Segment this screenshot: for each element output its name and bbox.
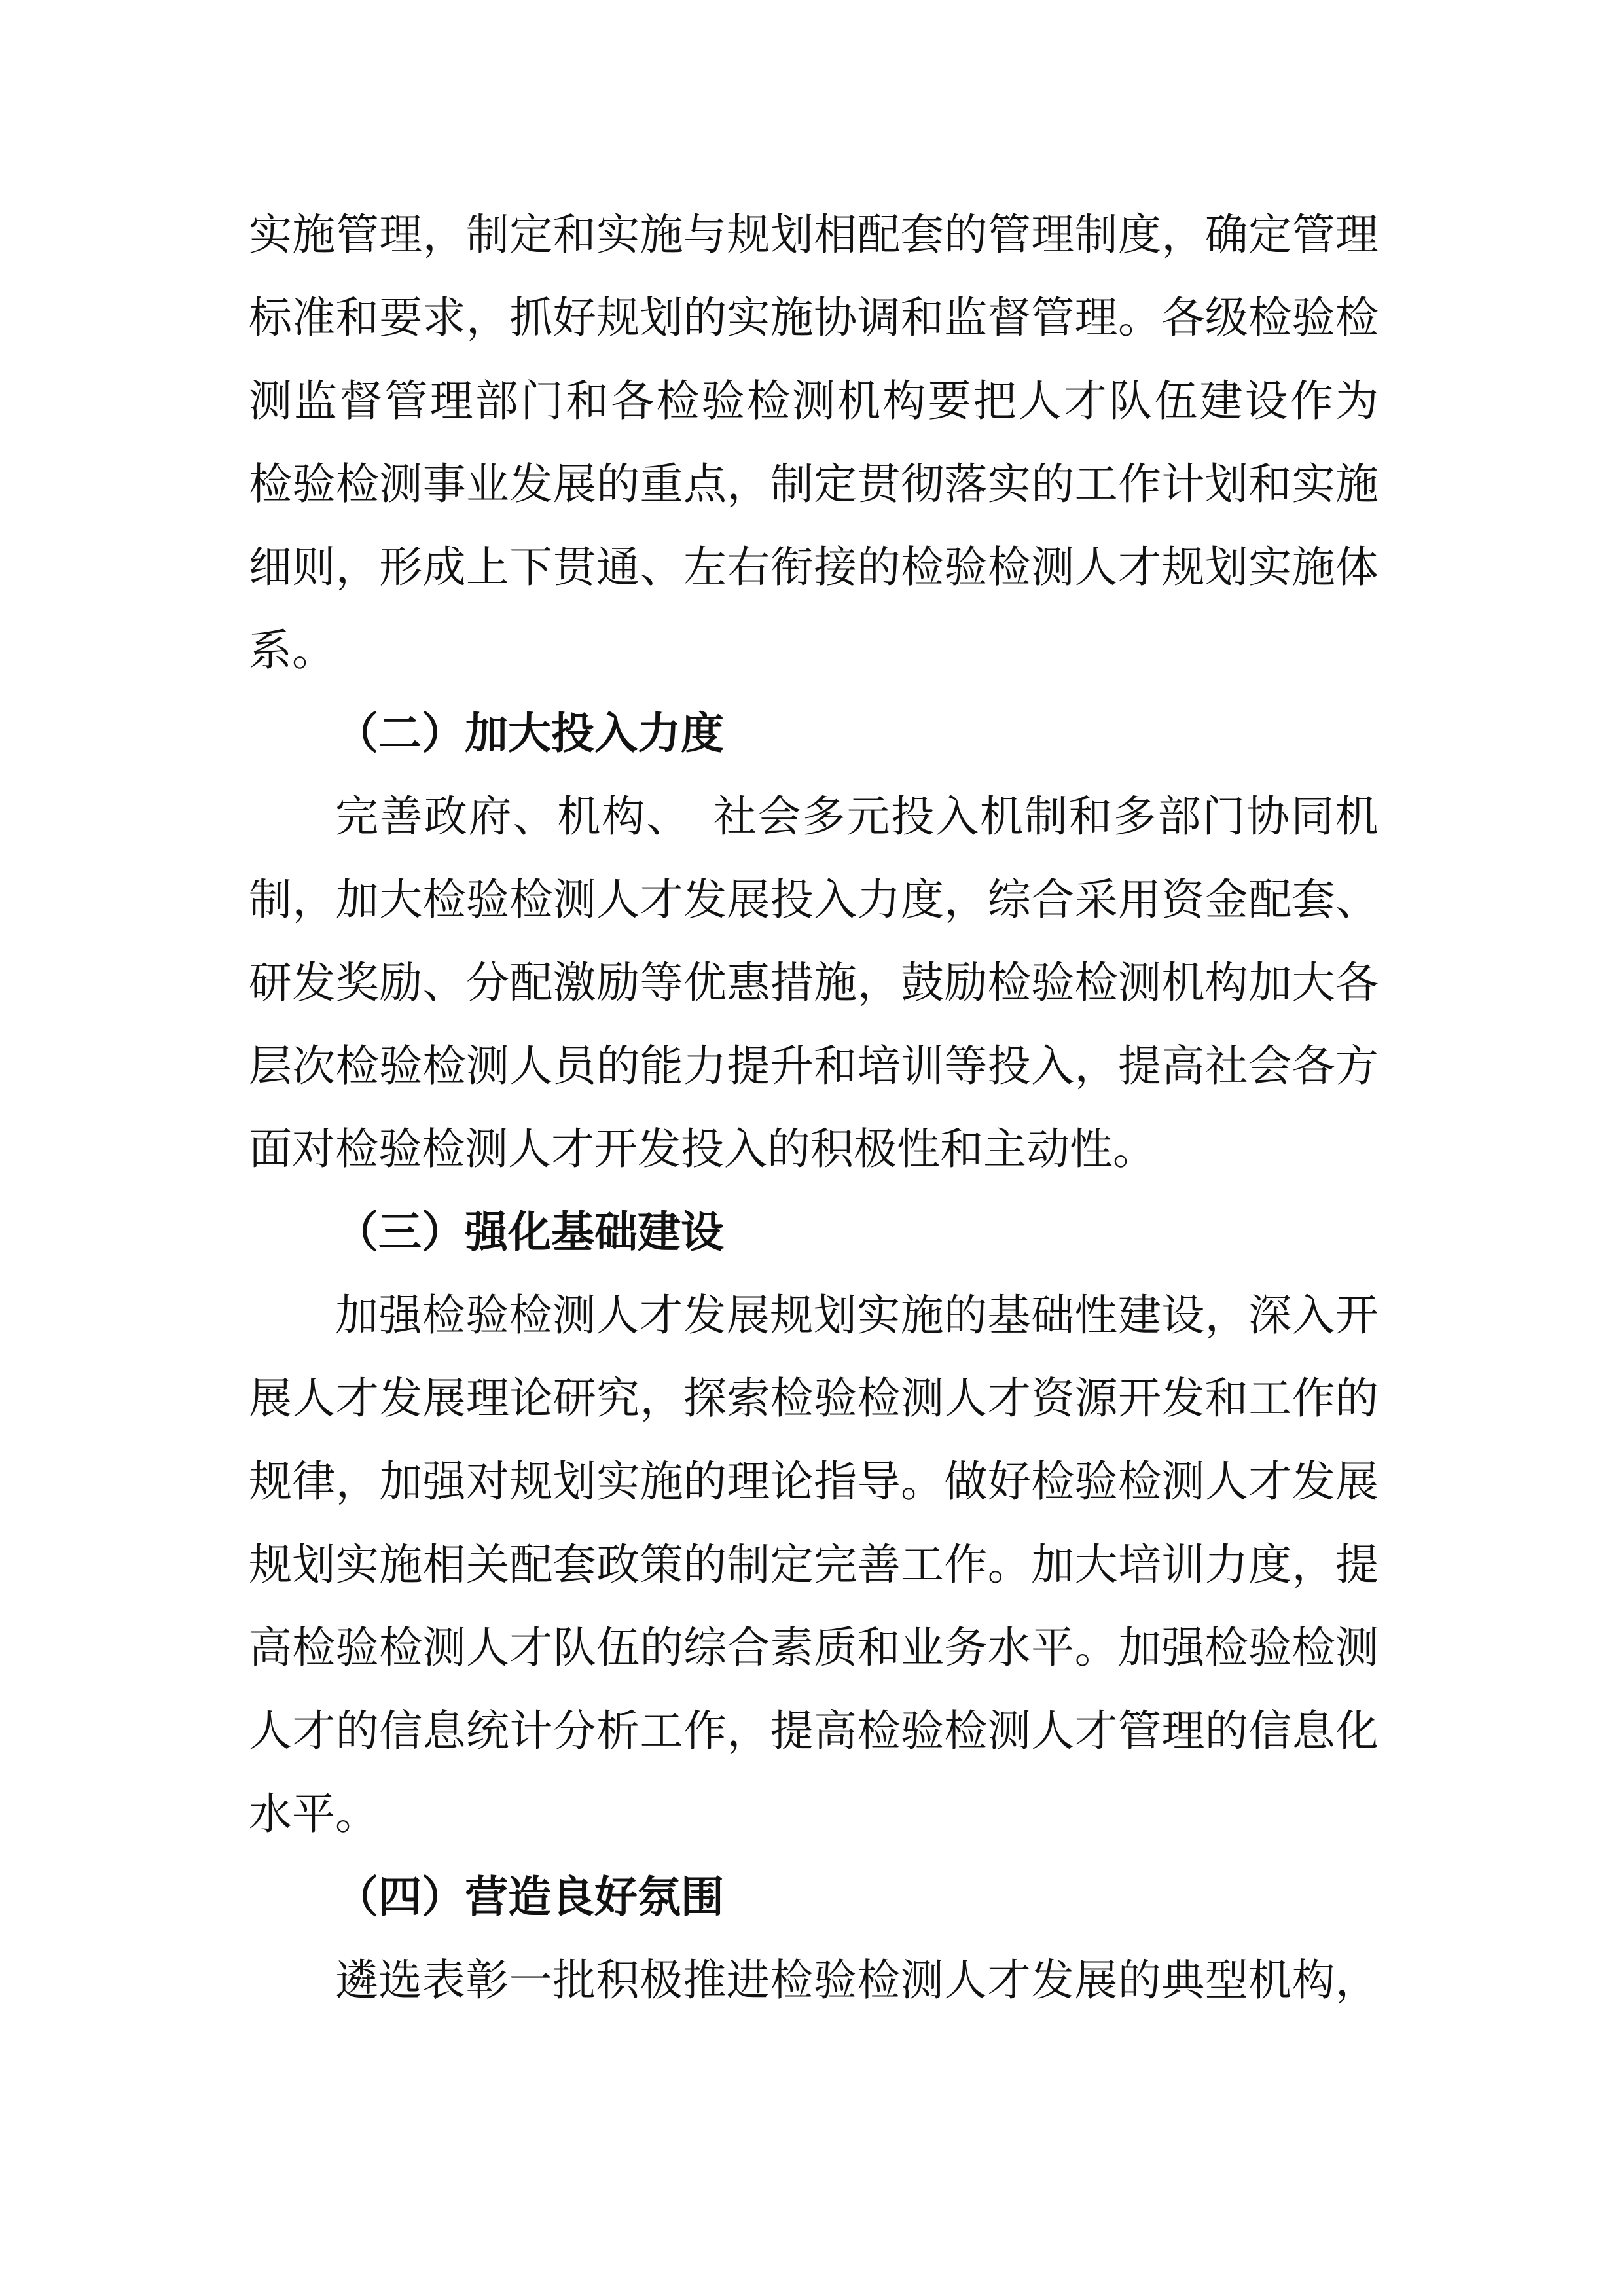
text-block: 实施管理，制定和实施与规划相配套的管理制度，确定管理 标准和要求，抓好规划的实施… (249, 194, 1379, 2022)
body-line: 细则，形成上下贯通、左右衔接的检验检测人才规划实施体 (249, 526, 1379, 609)
body-line: 研发奖励、分配激励等优惠措施，鼓励检验检测机构加大各 (249, 942, 1379, 1025)
section-heading-2: （二）加大投入力度 (249, 692, 1379, 776)
body-line: 展人才发展理论研究，探索检验检测人才资源开发和工作的 (249, 1357, 1379, 1441)
paragraph-end-line: 水平。 (249, 1773, 1379, 1856)
body-line-first: 完善政府、机构、 社会多元投入机制和多部门协同机 (249, 776, 1379, 859)
body-line-first: 加强检验检测人才发展规划实施的基础性建设，深入开 (249, 1274, 1379, 1357)
body-line: 层次检验检测人员的能力提升和培训等投入，提高社会各方 (249, 1025, 1379, 1108)
body-line: 高检验检测人才队伍的综合素质和业务水平。加强检验检测 (249, 1607, 1379, 1690)
document-page: 实施管理，制定和实施与规划相配套的管理制度，确定管理 标准和要求，抓好规划的实施… (0, 0, 1624, 2296)
body-line: 制，加大检验检测人才发展投入力度，综合采用资金配套、 (249, 859, 1379, 942)
paragraph-end-line: 面对检验检测人才开发投入的积极性和主动性。 (249, 1108, 1379, 1191)
body-line: 人才的信息统计分析工作，提高检验检测人才管理的信息化 (249, 1690, 1379, 1773)
section-heading-3: （三）强化基础建设 (249, 1191, 1379, 1274)
paragraph-end-line: 系。 (249, 609, 1379, 692)
body-line: 实施管理，制定和实施与规划相配套的管理制度，确定管理 (249, 194, 1379, 277)
body-line: 检验检测事业发展的重点，制定贯彻落实的工作计划和实施 (249, 443, 1379, 526)
body-line: 规划实施相关配套政策的制定完善工作。加大培训力度，提 (249, 1524, 1379, 1607)
body-line: 测监督管理部门和各检验检测机构要把人才队伍建设作为 (249, 360, 1379, 443)
body-line-first: 遴选表彰一批积极推进检验检测人才发展的典型机构， (249, 1939, 1379, 2022)
body-line: 标准和要求，抓好规划的实施协调和监督管理。各级检验检 (249, 277, 1379, 360)
section-heading-4: （四）营造良好氛围 (249, 1856, 1379, 1939)
body-line: 规律，加强对规划实施的理论指导。做好检验检测人才发展 (249, 1441, 1379, 1524)
